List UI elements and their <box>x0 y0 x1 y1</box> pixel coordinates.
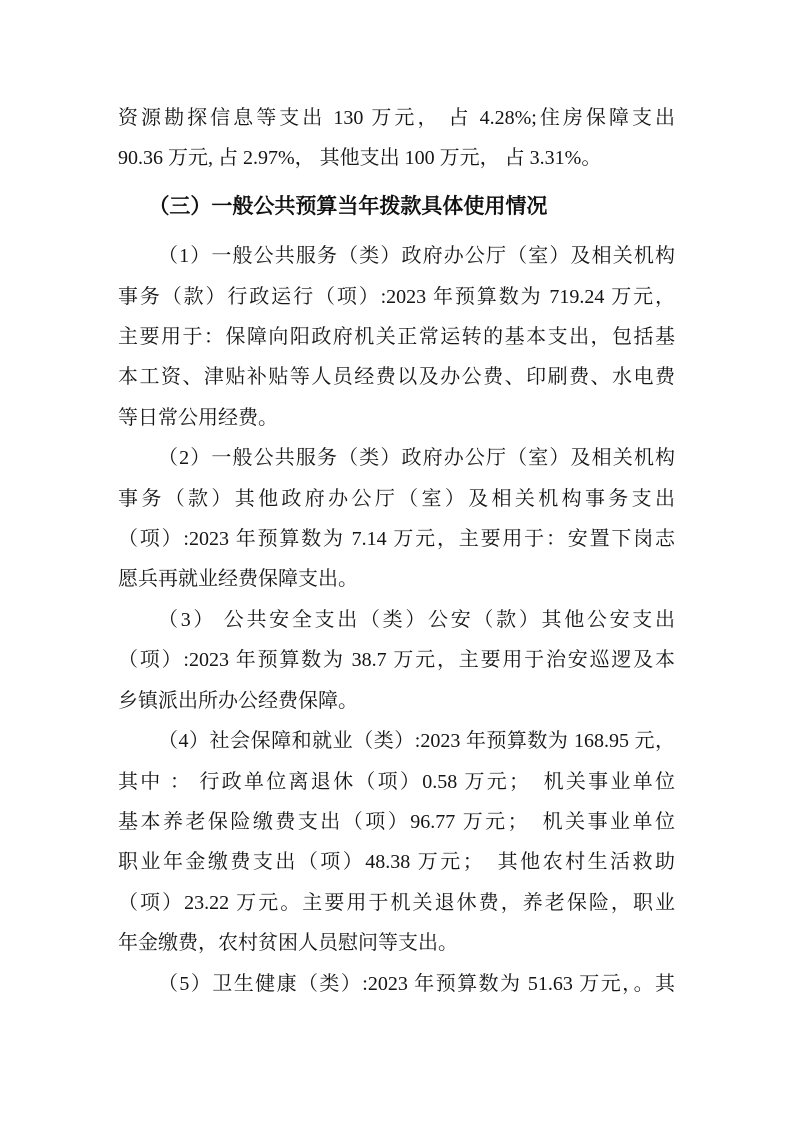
paragraph-item-1: （1）一般公共服务（类）政府办公厅（室）及相关机构 事务（款）行政运行（项）:2… <box>118 236 675 438</box>
paragraph-item-2: （2）一般公共服务（类）政府办公厅（室）及相关机构 事务（款）其他政府办公厅（室… <box>118 438 675 600</box>
paragraph-item-5: （5）卫生健康（类）:2023 年预算数为 51.63 万元，。其 <box>118 964 675 1004</box>
paragraph-item-4: （4）社会保障和就业（类）:2023 年预算数为 168.95 元， 其中 ： … <box>118 721 675 963</box>
text-line: 等日常公用经费。 <box>118 398 675 438</box>
paragraph-item-3: （3） 公共安全支出（类）公安（款）其他公安支出 （项）:2023 年预算数为 … <box>118 600 675 721</box>
section-heading: （三）一般公共预算当年拨款具体使用情况 <box>118 187 675 227</box>
text-line: 90.36 万元, 占 2.97%， 其他支出 100 万元， 占 3.31%。 <box>118 138 675 178</box>
text-line: （5）卫生健康（类）:2023 年预算数为 51.63 万元，。其 <box>118 964 675 1004</box>
document-page: 资源勘探信息等支出 130 万元， 占 4.28%;住房保障支出 90.36 万… <box>0 0 793 1122</box>
text-line: （2）一般公共服务（类）政府办公厅（室）及相关机构 <box>118 438 675 478</box>
text-line: （项）23.22 万元。主要用于机关退休费，养老保险，职业 <box>118 883 675 923</box>
text-line: 基本养老保险缴费支出（项）96.77 万元； 机关事业单位 <box>118 802 675 842</box>
document-body: 资源勘探信息等支出 130 万元， 占 4.28%;住房保障支出 90.36 万… <box>118 98 675 1004</box>
text-line: 主要用于：保障向阳政府机关正常运转的基本支出，包括基 <box>118 317 675 357</box>
text-line: （3） 公共安全支出（类）公安（款）其他公安支出 <box>118 600 675 640</box>
text-line: 事务（款）其他政府办公厅（室）及相关机构事务支出 <box>118 479 675 519</box>
text-line: （项）:2023 年预算数为 38.7 万元，主要用于治安巡逻及本 <box>118 640 675 680</box>
text-line: （4）社会保障和就业（类）:2023 年预算数为 168.95 元， <box>118 721 675 761</box>
text-line: （1）一般公共服务（类）政府办公厅（室）及相关机构 <box>118 236 675 276</box>
text-line: 年金缴费，农村贫困人员慰问等支出。 <box>118 923 675 963</box>
paragraph-intro-tail: 资源勘探信息等支出 130 万元， 占 4.28%;住房保障支出 90.36 万… <box>118 98 675 179</box>
text-line: 职业年金缴费支出（项）48.38 万元； 其他农村生活救助 <box>118 842 675 882</box>
text-line: 其中 ： 行政单位离退休（项）0.58 万元； 机关事业单位 <box>118 762 675 802</box>
text-line: 资源勘探信息等支出 130 万元， 占 4.28%;住房保障支出 <box>118 98 675 138</box>
text-line: 事务（款）行政运行（项）:2023 年预算数为 719.24 万元， <box>118 277 675 317</box>
text-line: （项）:2023 年预算数为 7.14 万元，主要用于：安置下岗志 <box>118 519 675 559</box>
text-line: 愿兵再就业经费保障支出。 <box>118 559 675 599</box>
text-line: 本工资、津贴补贴等人员经费以及办公费、印刷费、水电费 <box>118 357 675 397</box>
text-line: 乡镇派出所办公经费保障。 <box>118 681 675 721</box>
